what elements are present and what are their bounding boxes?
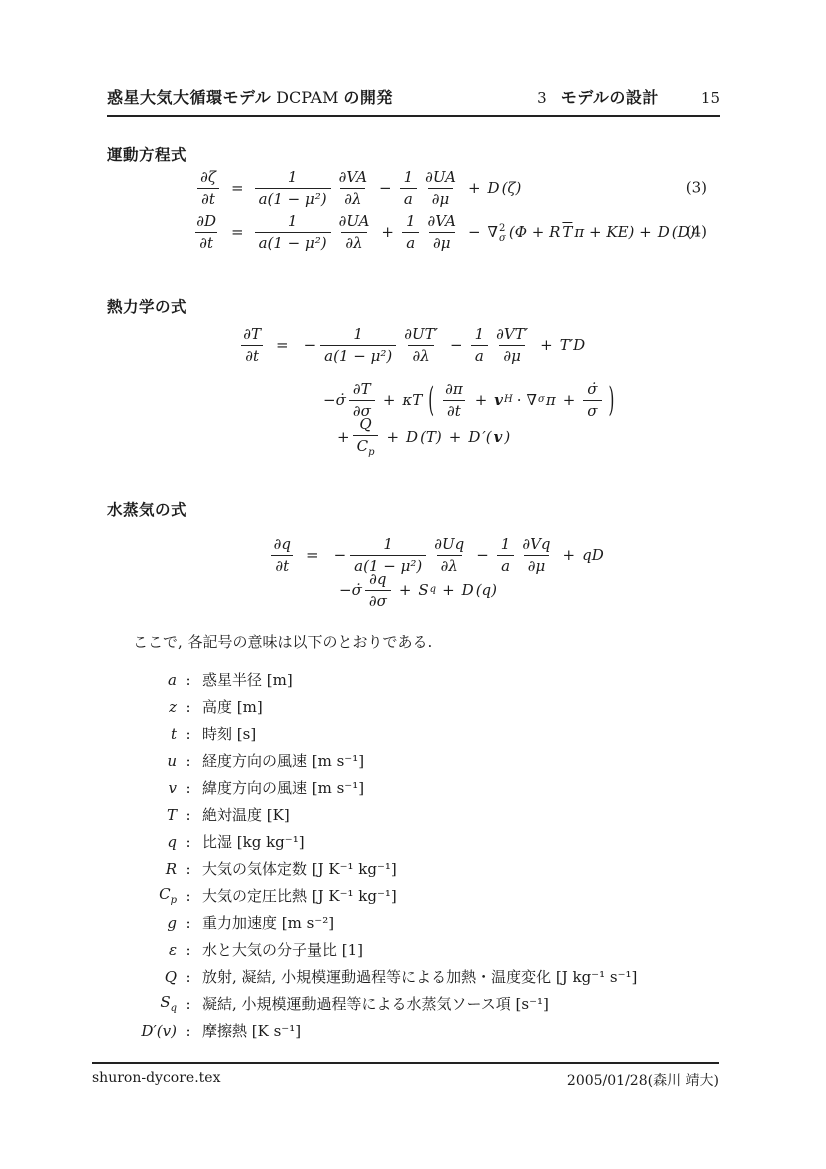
symbol-row: a:惑星半径 [m]	[107, 666, 720, 693]
minus-operator: −	[304, 337, 317, 354]
source-term-symbol: S	[418, 582, 428, 599]
page-header: 惑星大気大循環モデル DCPAM の開発 3 モデルの設計 15	[107, 85, 720, 117]
dissipation-symbol: D	[658, 224, 670, 241]
minus-operator: −	[476, 547, 489, 564]
title-latin: DCPAM	[276, 88, 338, 107]
symbol-row: g:重力加速度 [m s⁻²]	[107, 909, 720, 936]
left-parenthesis: (	[428, 381, 434, 419]
eq4-lhs: ∂D∂t	[107, 213, 222, 252]
description: 大気の定圧比熱 [J K⁻¹ kg⁻¹]	[202, 885, 397, 906]
equation-5-line3: + QCp + D(T) + D′(v) (5)	[107, 416, 720, 458]
symbol-row: q:比湿 [kg kg⁻¹]	[107, 828, 720, 855]
dissipation-symbol: D	[406, 429, 418, 446]
description: 時刻 [s]	[202, 723, 256, 744]
fraction: ∂UA∂λ	[335, 213, 374, 252]
fraction: 1a(1 − μ²)	[255, 169, 331, 208]
colon: :	[177, 914, 199, 932]
description: 摩擦熱 [K s⁻¹]	[202, 1020, 301, 1041]
minus-operator: −	[468, 224, 481, 241]
fraction: 1a	[400, 169, 418, 208]
fraction: QCp	[353, 416, 379, 458]
symbol-row: R:大気の気体定数 [J K⁻¹ kg⁻¹]	[107, 855, 720, 882]
fraction: ∂T∂t	[239, 326, 265, 365]
equation-number: (4)	[686, 224, 707, 241]
document-page: 惑星大気大循環モデル DCPAM の開発 3 モデルの設計 15 運動方程式 ∂…	[0, 0, 826, 1169]
page-footer: shuron-dycore.tex 2005/01/28(森川 靖大)	[92, 1062, 719, 1090]
description: 放射, 凝結, 小規模運動過程等による加熱・温度変化 [J kg⁻¹ s⁻¹]	[202, 966, 637, 987]
symbol: a	[107, 671, 177, 689]
description: 緯度方向の風速 [m s⁻¹]	[202, 777, 364, 798]
equation-5-line1: ∂T∂t = − 1a(1 − μ²) ∂UT′∂λ − 1a ∂VT′∂μ +…	[107, 323, 720, 367]
title-cjk-right: の開発	[338, 90, 392, 107]
nabla-symbol: ∇	[488, 224, 498, 241]
heading-water-vapor-equation: 水蒸気の式	[107, 498, 187, 520]
equals-sign: =	[276, 337, 289, 354]
colon: :	[177, 671, 199, 689]
nabla-symbol: ∇	[527, 392, 537, 409]
dissipation-symbol: D	[488, 180, 500, 197]
symbol-row: T:絶対温度 [K]	[107, 801, 720, 828]
colon: :	[177, 995, 199, 1013]
equation-number: (3)	[686, 180, 707, 197]
minus-operator: −	[379, 180, 392, 197]
plus-operator: +	[337, 429, 350, 446]
colon: :	[177, 1022, 199, 1040]
plus-operator: +	[540, 337, 553, 354]
colon: :	[177, 968, 199, 986]
symbol-row: Cp:大気の定圧比熱 [J K⁻¹ kg⁻¹]	[107, 882, 720, 909]
equation-3: ∂ζ∂t = 1a(1 − μ²) ∂VA∂λ − 1a ∂UA∂μ + D(ζ…	[107, 166, 720, 210]
plus-operator: +	[563, 392, 576, 409]
dissipation-symbol: D	[468, 429, 480, 446]
plus-operator: +	[399, 582, 412, 599]
fraction: ∂T∂σ	[349, 381, 375, 420]
plus-operator: +	[381, 224, 394, 241]
symbol: v	[107, 779, 177, 797]
colon: :	[177, 887, 199, 905]
fraction: ∂VA∂μ	[424, 213, 460, 252]
equation-6-line2: −σ̇ ∂q∂σ + Sq + D(q) (6)	[107, 569, 720, 611]
document-title: 惑星大気大循環モデル DCPAM の開発	[107, 85, 393, 108]
footer-filename: shuron-dycore.tex	[92, 1070, 220, 1090]
colon: :	[177, 752, 199, 770]
symbol-row: v:緯度方向の風速 [m s⁻¹]	[107, 774, 720, 801]
symbol-row: t:時刻 [s]	[107, 720, 720, 747]
description: 絶対温度 [K]	[202, 804, 290, 825]
description: 惑星半径 [m]	[202, 669, 293, 690]
description: 比湿 [kg kg⁻¹]	[202, 831, 305, 852]
colon: :	[177, 779, 199, 797]
dissipation-symbol: D	[462, 582, 474, 599]
section-number: 3	[537, 89, 547, 107]
title-cjk-left: 惑星大気大循環モデル	[107, 90, 276, 107]
symbol: ε	[107, 941, 177, 959]
fraction: ∂VT′∂μ	[492, 326, 532, 365]
symbol: D′(v)	[107, 1022, 177, 1040]
equals-sign: =	[231, 180, 244, 197]
velocity-vector: v	[494, 429, 503, 446]
fraction: ∂VA∂λ	[335, 169, 371, 208]
dot-operator: ·	[517, 392, 522, 409]
symbol: T	[107, 806, 177, 824]
equals-sign: =	[306, 547, 319, 564]
symbol: Q	[107, 968, 177, 986]
velocity-vector: v	[494, 392, 503, 409]
plus-operator: +	[468, 180, 481, 197]
section-title: モデルの設計	[561, 85, 659, 108]
equals-sign: =	[231, 224, 244, 241]
equation-4: ∂D∂t = 1a(1 − μ²) ∂UA∂λ + 1a ∂VA∂μ − ∇2σ…	[107, 210, 720, 254]
colon: :	[177, 725, 199, 743]
symbol: Sq	[107, 993, 177, 1014]
nabla-sup-sub: 2σ	[499, 224, 506, 245]
right-parenthesis: )	[609, 381, 615, 419]
symbol-row: D′(v):摩擦熱 [K s⁻¹]	[107, 1017, 720, 1044]
symbol: t	[107, 725, 177, 743]
fraction: ∂UA∂μ	[421, 169, 460, 208]
symbol-row: z:高度 [m]	[107, 693, 720, 720]
symbol: R	[107, 860, 177, 878]
mean-temperature-bar: T	[562, 224, 572, 241]
colon: :	[177, 833, 199, 851]
symbol-list-intro: ここで, 各記号の意味は以下のとおりである.	[133, 631, 432, 652]
footer-date-author: 2005/01/28(森川 靖大)	[567, 1070, 719, 1090]
fraction: ∂ζ∂t	[196, 169, 220, 208]
minus-operator: −	[450, 337, 463, 354]
fraction: ∂UT′∂λ	[400, 326, 442, 365]
description: 経度方向の風速 [m s⁻¹]	[202, 750, 364, 771]
symbol: Cp	[107, 885, 177, 906]
eq5-lhs: ∂T∂t	[107, 326, 267, 365]
eq3-lhs: ∂ζ∂t	[107, 169, 222, 208]
header-right: 3 モデルの設計 15	[537, 85, 720, 108]
plus-operator: +	[386, 429, 399, 446]
plus-operator: +	[383, 392, 396, 409]
fraction: 1a(1 − μ²)	[320, 326, 396, 365]
symbol: q	[107, 833, 177, 851]
symbol: z	[107, 698, 177, 716]
heading-thermodynamic-equation: 熱力学の式	[107, 295, 187, 317]
symbol-row: Q:放射, 凝結, 小規模運動過程等による加熱・温度変化 [J kg⁻¹ s⁻¹…	[107, 963, 720, 990]
description: 凝結, 小規模運動過程等による水蒸気ソース項 [s⁻¹]	[202, 993, 549, 1014]
page-number: 15	[701, 89, 720, 107]
description: 高度 [m]	[202, 696, 263, 717]
plus-operator: +	[442, 582, 455, 599]
description: 水と大気の分子量比 [1]	[202, 939, 363, 960]
symbol: g	[107, 914, 177, 932]
colon: :	[177, 698, 199, 716]
description: 大気の気体定数 [J K⁻¹ kg⁻¹]	[202, 858, 397, 879]
colon: :	[177, 941, 199, 959]
minus-operator: −	[334, 547, 347, 564]
fraction: 1a	[471, 326, 489, 365]
symbol-row: ε:水と大気の分子量比 [1]	[107, 936, 720, 963]
description: 重力加速度 [m s⁻²]	[202, 912, 334, 933]
fraction: ∂D∂t	[192, 213, 220, 252]
symbol-row: Sq:凝結, 小規模運動過程等による水蒸気ソース項 [s⁻¹]	[107, 990, 720, 1017]
symbol-list: a:惑星半径 [m] z:高度 [m] t:時刻 [s] u:経度方向の風速 […	[107, 666, 720, 1044]
colon: :	[177, 860, 199, 878]
fraction: σ̇σ	[583, 381, 601, 420]
fraction: 1a(1 − μ²)	[255, 213, 331, 252]
plus-operator: +	[475, 392, 488, 409]
heading-motion-equations: 運動方程式	[107, 143, 187, 165]
fraction: ∂q∂σ	[365, 571, 391, 610]
fraction: 1a	[402, 213, 420, 252]
symbol: u	[107, 752, 177, 770]
plus-operator: +	[449, 429, 462, 446]
plus-operator: +	[563, 547, 576, 564]
colon: :	[177, 806, 199, 824]
symbol-row: u:経度方向の風速 [m s⁻¹]	[107, 747, 720, 774]
fraction: ∂π∂t	[441, 381, 467, 420]
